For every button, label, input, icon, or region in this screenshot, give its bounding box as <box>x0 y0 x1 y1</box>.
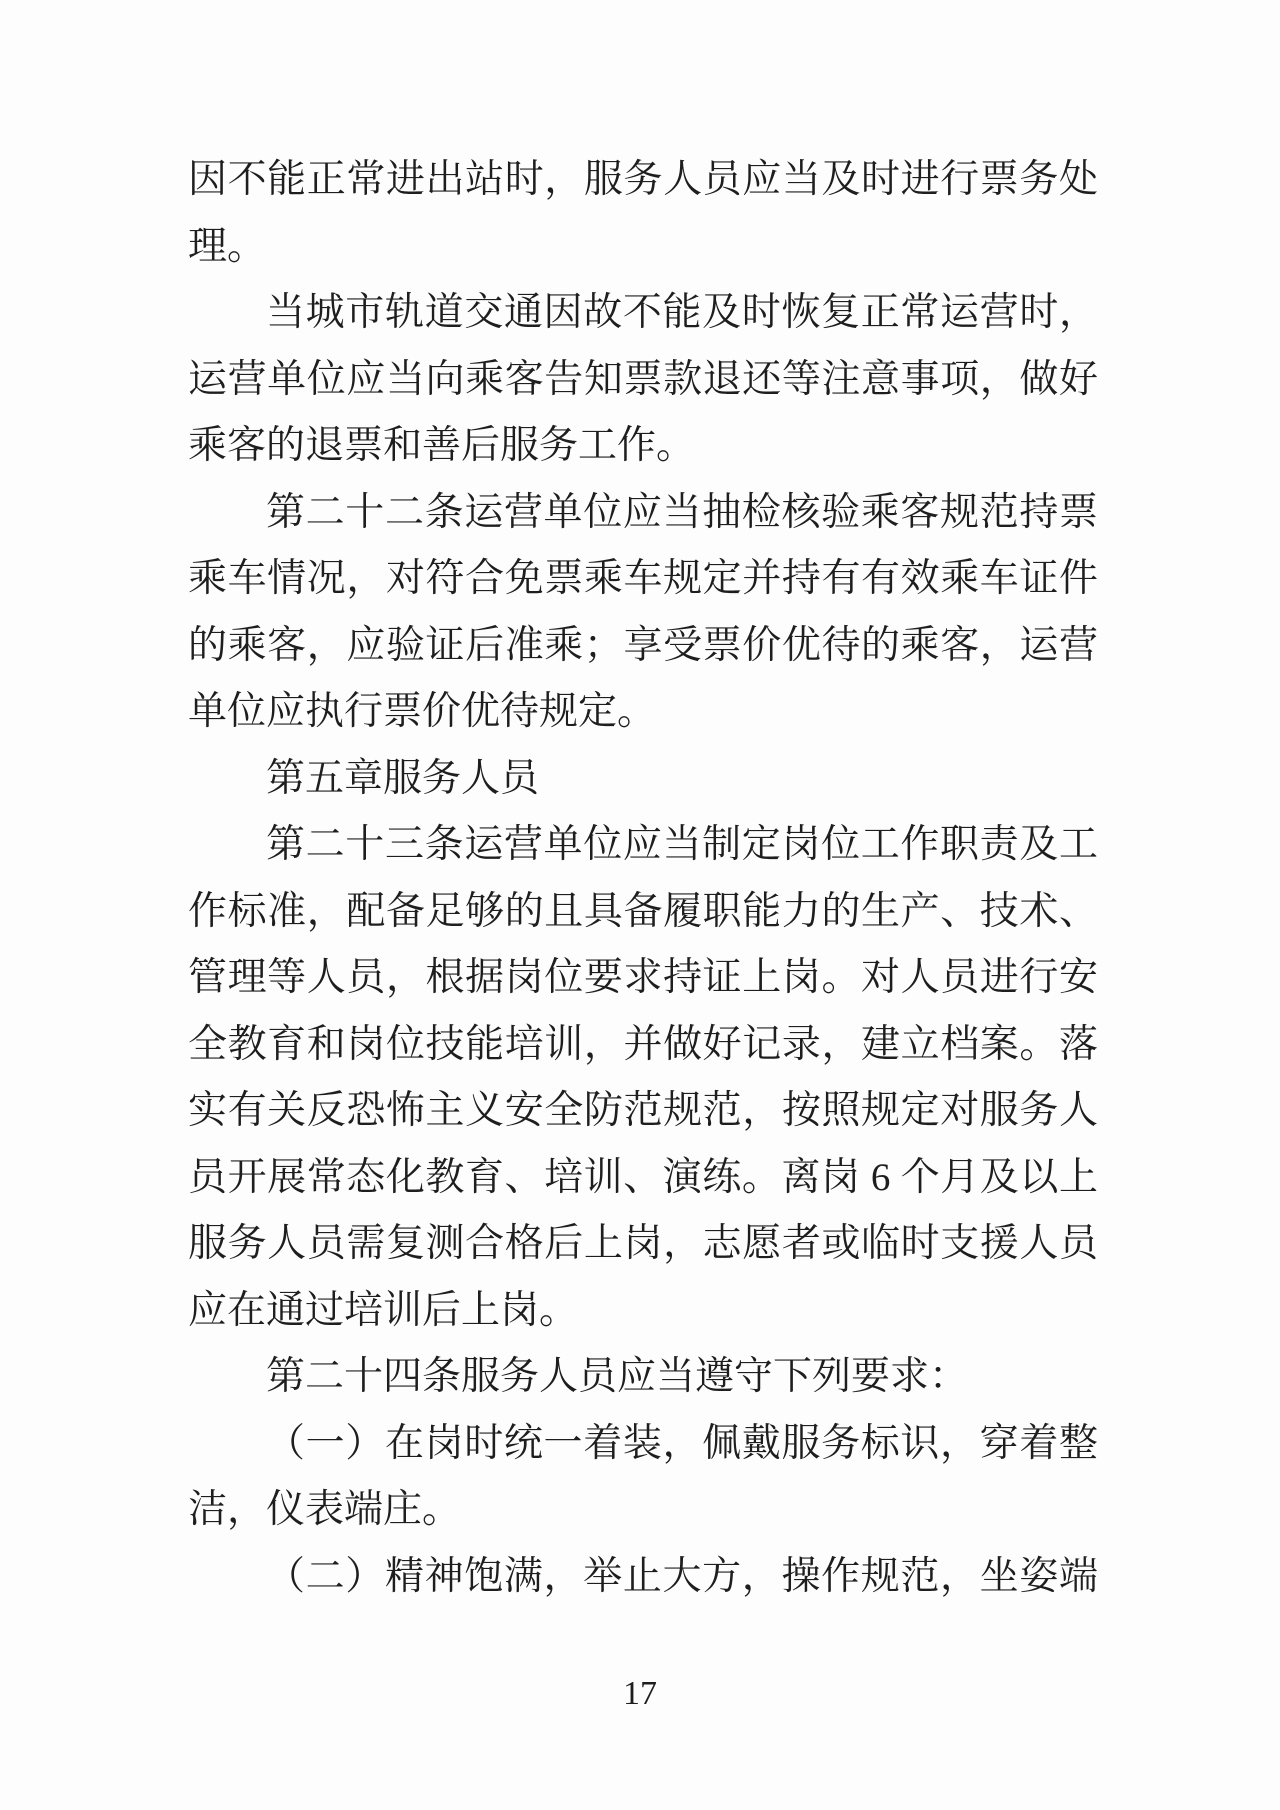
text-line: （二）精神饱满，举止大方，操作规范，坐姿端 <box>188 1544 1098 1611</box>
document-page: 因不能正常进出站时，服务人员应当及时进行票务处 理。 当城市轨道交通因故不能及时… <box>0 0 1280 1810</box>
text-line: 员开展常态化教育、培训、演练。离岗 6 个月及以上 <box>188 1145 1098 1212</box>
text-line: 服务人员需复测合格后上岗，志愿者或临时支援人员 <box>188 1211 1098 1278</box>
text-line: 因不能正常进出站时，服务人员应当及时进行票务处 <box>188 147 1098 214</box>
text-line: 乘客的退票和善后服务工作。 <box>188 413 1098 480</box>
text-line: 的乘客，应验证后准乘；享受票价优待的乘客，运营 <box>188 613 1098 680</box>
text-line: （一）在岗时统一着装，佩戴服务标识，穿着整 <box>188 1411 1098 1478</box>
text-line: 作标准，配备足够的且具备履职能力的生产、技术、 <box>188 879 1098 946</box>
document-body: 因不能正常进出站时，服务人员应当及时进行票务处 理。 当城市轨道交通因故不能及时… <box>188 147 1098 1610</box>
text-line: 第二十三条运营单位应当制定岗位工作职责及工 <box>188 812 1098 879</box>
chapter-heading-line: 第五章服务人员 <box>188 746 1098 813</box>
text-line: 第二十四条服务人员应当遵守下列要求： <box>188 1344 1098 1411</box>
text-line: 洁，仪表端庄。 <box>188 1477 1098 1544</box>
text-line: 运营单位应当向乘客告知票款退还等注意事项，做好 <box>188 347 1098 414</box>
text-line: 应在通过培训后上岗。 <box>188 1278 1098 1345</box>
text-line: 理。 <box>188 214 1098 281</box>
text-line: 当城市轨道交通因故不能及时恢复正常运营时， <box>188 280 1098 347</box>
text-line: 管理等人员，根据岗位要求持证上岗。对人员进行安 <box>188 945 1098 1012</box>
text-line: 第二十二条运营单位应当抽检核验乘客规范持票 <box>188 480 1098 547</box>
text-line: 实有关反恐怖主义安全防范规范，按照规定对服务人 <box>188 1078 1098 1145</box>
text-line: 乘车情况，对符合免票乘车规定并持有有效乘车证件 <box>188 546 1098 613</box>
page-number: 17 <box>0 1669 1280 1719</box>
text-line: 单位应执行票价优待规定。 <box>188 679 1098 746</box>
text-line: 全教育和岗位技能培训，并做好记录，建立档案。落 <box>188 1012 1098 1079</box>
